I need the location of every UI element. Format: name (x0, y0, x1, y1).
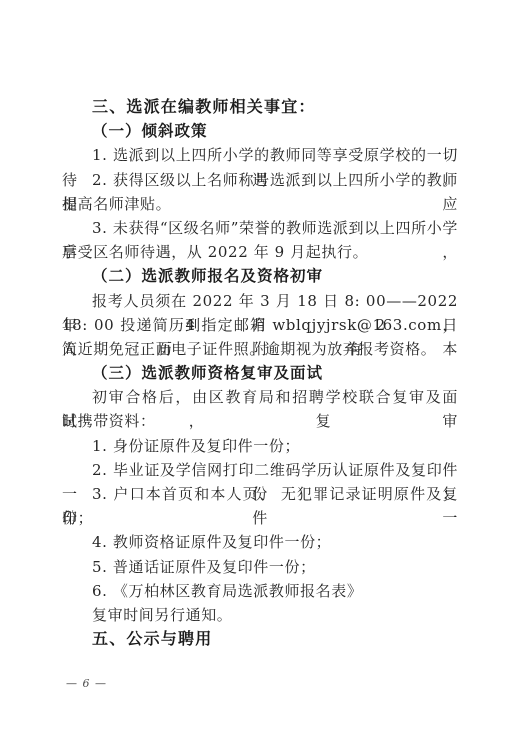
subsection-heading: （三）选派教师资格复审及面试 (62, 361, 458, 385)
body-line: 1. 选派到以上四所小学的教师同等享受原学校的一切待遇。 (62, 143, 458, 167)
subsection-heading: （二）选派教师报名及资格初审 (62, 264, 458, 288)
list-item: 4. 教师资格证原件及复印件一份； (62, 530, 458, 554)
list-item: 2. 毕业证及学信网打印二维码学历认证原件及复印件一份； (62, 458, 458, 482)
section-heading: 五、公示与聘用 (62, 627, 458, 651)
body-line: 报考人员须在 2022 年 3 月 18 日 8: 00——2022 年 4 月… (62, 289, 458, 313)
list-item: 5. 普通话证原件及复印件一份； (62, 555, 458, 579)
body-line: 2. 获得区级以上名师称号选派到以上四所小学的教师相应 (62, 168, 458, 192)
body-line: 初审合格后，由区教育局和招聘学校联合复审及面试，复审 (62, 385, 458, 409)
body-line: 人近期免冠正面电子证件照。逾期视为放弃报考资格。 (62, 337, 458, 361)
section-heading: 三、选派在编教师相关事宜： (62, 95, 458, 119)
list-item: 3. 户口本首页和本人页、 无犯罪记录证明原件及复印件一 (62, 482, 458, 506)
document-page: 三、选派在编教师相关事宜： （一）倾斜政策 1. 选派到以上四所小学的教师同等享… (0, 0, 518, 732)
subsection-heading: （一）倾斜政策 (62, 119, 458, 143)
page-number: — 6 — (66, 677, 107, 690)
document-body: 三、选派在编教师相关事宜： （一）倾斜政策 1. 选派到以上四所小学的教师同等享… (62, 95, 458, 651)
list-item: 1. 身份证原件及复印件一份； (62, 434, 458, 458)
list-item: 6. 《万柏林区教育局选派教师报名表》 (62, 579, 458, 603)
body-line: 18: 00 投递简历到指定邮箱 wblqjyjrsk@163.com，简历附有… (62, 313, 458, 337)
body-line: 3. 未获得“区级名师”荣誉的教师选派到以上四所小学后， (62, 216, 458, 240)
body-line: 复审时间另行通知。 (62, 603, 458, 627)
